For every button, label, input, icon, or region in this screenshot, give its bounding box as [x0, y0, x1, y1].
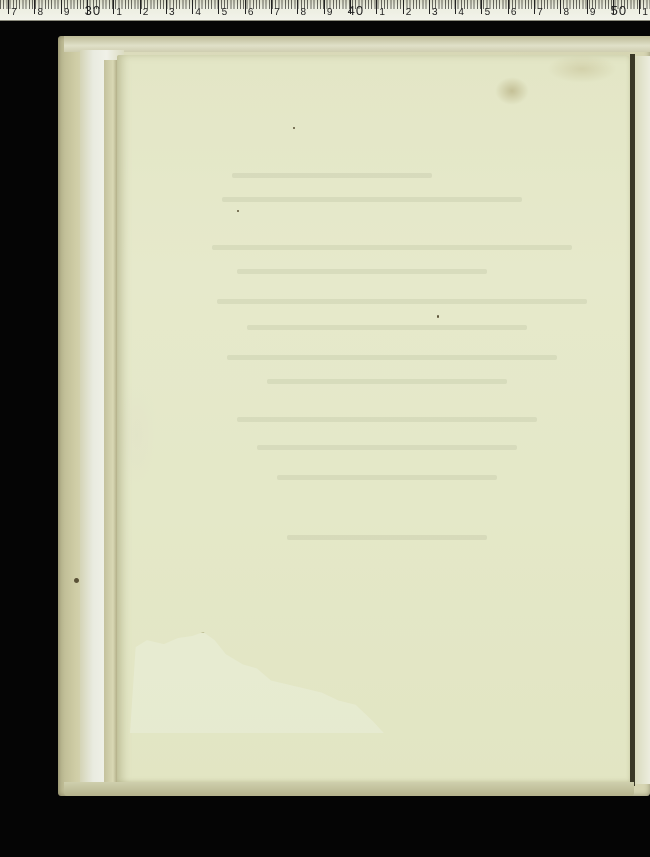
show-through-line: [257, 445, 517, 450]
show-through-line: [247, 325, 527, 330]
ruler-major-tick: [481, 0, 482, 14]
ruler-label: 8: [301, 7, 307, 19]
ruler-label: 6: [511, 7, 517, 19]
ruler-label: 9: [590, 7, 596, 19]
show-through-line: [237, 417, 537, 422]
ruler-label: 4: [195, 7, 201, 19]
ruler-major-tick: [639, 0, 640, 14]
ruler-label: 5: [222, 7, 228, 19]
ruler-label: 1: [116, 7, 122, 19]
ruler-major-tick: [297, 0, 298, 14]
ruler-label: 1: [379, 7, 385, 19]
binding-top-edge: [64, 36, 650, 52]
ruler-major-tick: [218, 0, 219, 14]
ruler-label: 40: [348, 5, 364, 17]
foxing-spot: [237, 210, 239, 212]
ruler-label: 8: [564, 7, 570, 19]
ruler-major-tick: [324, 0, 325, 14]
show-through-line: [222, 197, 522, 202]
ruler-major-tick: [113, 0, 114, 14]
ruler-label: 9: [64, 7, 70, 19]
ruler-major-tick: [534, 0, 535, 14]
ruler-major-tick: [560, 0, 561, 14]
show-through-line: [277, 475, 497, 480]
ruler-major-tick: [192, 0, 193, 14]
binding-hole: [74, 578, 79, 583]
ruler-major-tick: [8, 0, 9, 14]
measurement-ruler: 7893012345678940123456789501: [0, 0, 650, 21]
ruler-major-tick: [140, 0, 141, 14]
ruler-label: 9: [327, 7, 333, 19]
ruler-label: 7: [11, 7, 17, 19]
ruler-label: 8: [38, 7, 44, 19]
show-through-line: [237, 269, 487, 274]
foxing-spot: [437, 315, 439, 318]
show-through-line: [232, 173, 432, 178]
show-through-line: [287, 535, 487, 540]
ruler-major-tick: [245, 0, 246, 14]
ruler-label: 7: [274, 7, 280, 19]
show-through-line: [212, 245, 572, 250]
ruler-label: 7: [537, 7, 543, 19]
ruler-major-tick: [166, 0, 167, 14]
ruler-major-tick: [271, 0, 272, 14]
ruler-major-tick: [376, 0, 377, 14]
ruler-label: 2: [143, 7, 149, 19]
show-through-line: [267, 379, 507, 384]
ruler-label: 30: [85, 5, 101, 17]
ruler-label: 2: [406, 7, 412, 19]
ruler-major-tick: [455, 0, 456, 14]
ruler-label: 4: [458, 7, 464, 19]
binding-bottom-edge: [64, 782, 634, 796]
ruler-major-tick: [34, 0, 35, 14]
adjacent-leaf-edge: [635, 56, 650, 784]
ruler-label: 1: [642, 7, 648, 19]
ruler-major-tick: [508, 0, 509, 14]
ruler-label: 5: [485, 7, 491, 19]
ruler-label: 3: [432, 7, 438, 19]
ruler-major-tick: [587, 0, 588, 14]
show-through-line: [227, 355, 557, 360]
ruler-label: 3: [169, 7, 175, 19]
ruler-label: 6: [248, 7, 254, 19]
ruler-label: 50: [611, 5, 627, 17]
ruler-major-tick: [403, 0, 404, 14]
foxing-spot: [293, 127, 295, 129]
show-through-line: [217, 299, 587, 304]
ruler-major-tick: [61, 0, 62, 14]
ruler-major-tick: [429, 0, 430, 14]
